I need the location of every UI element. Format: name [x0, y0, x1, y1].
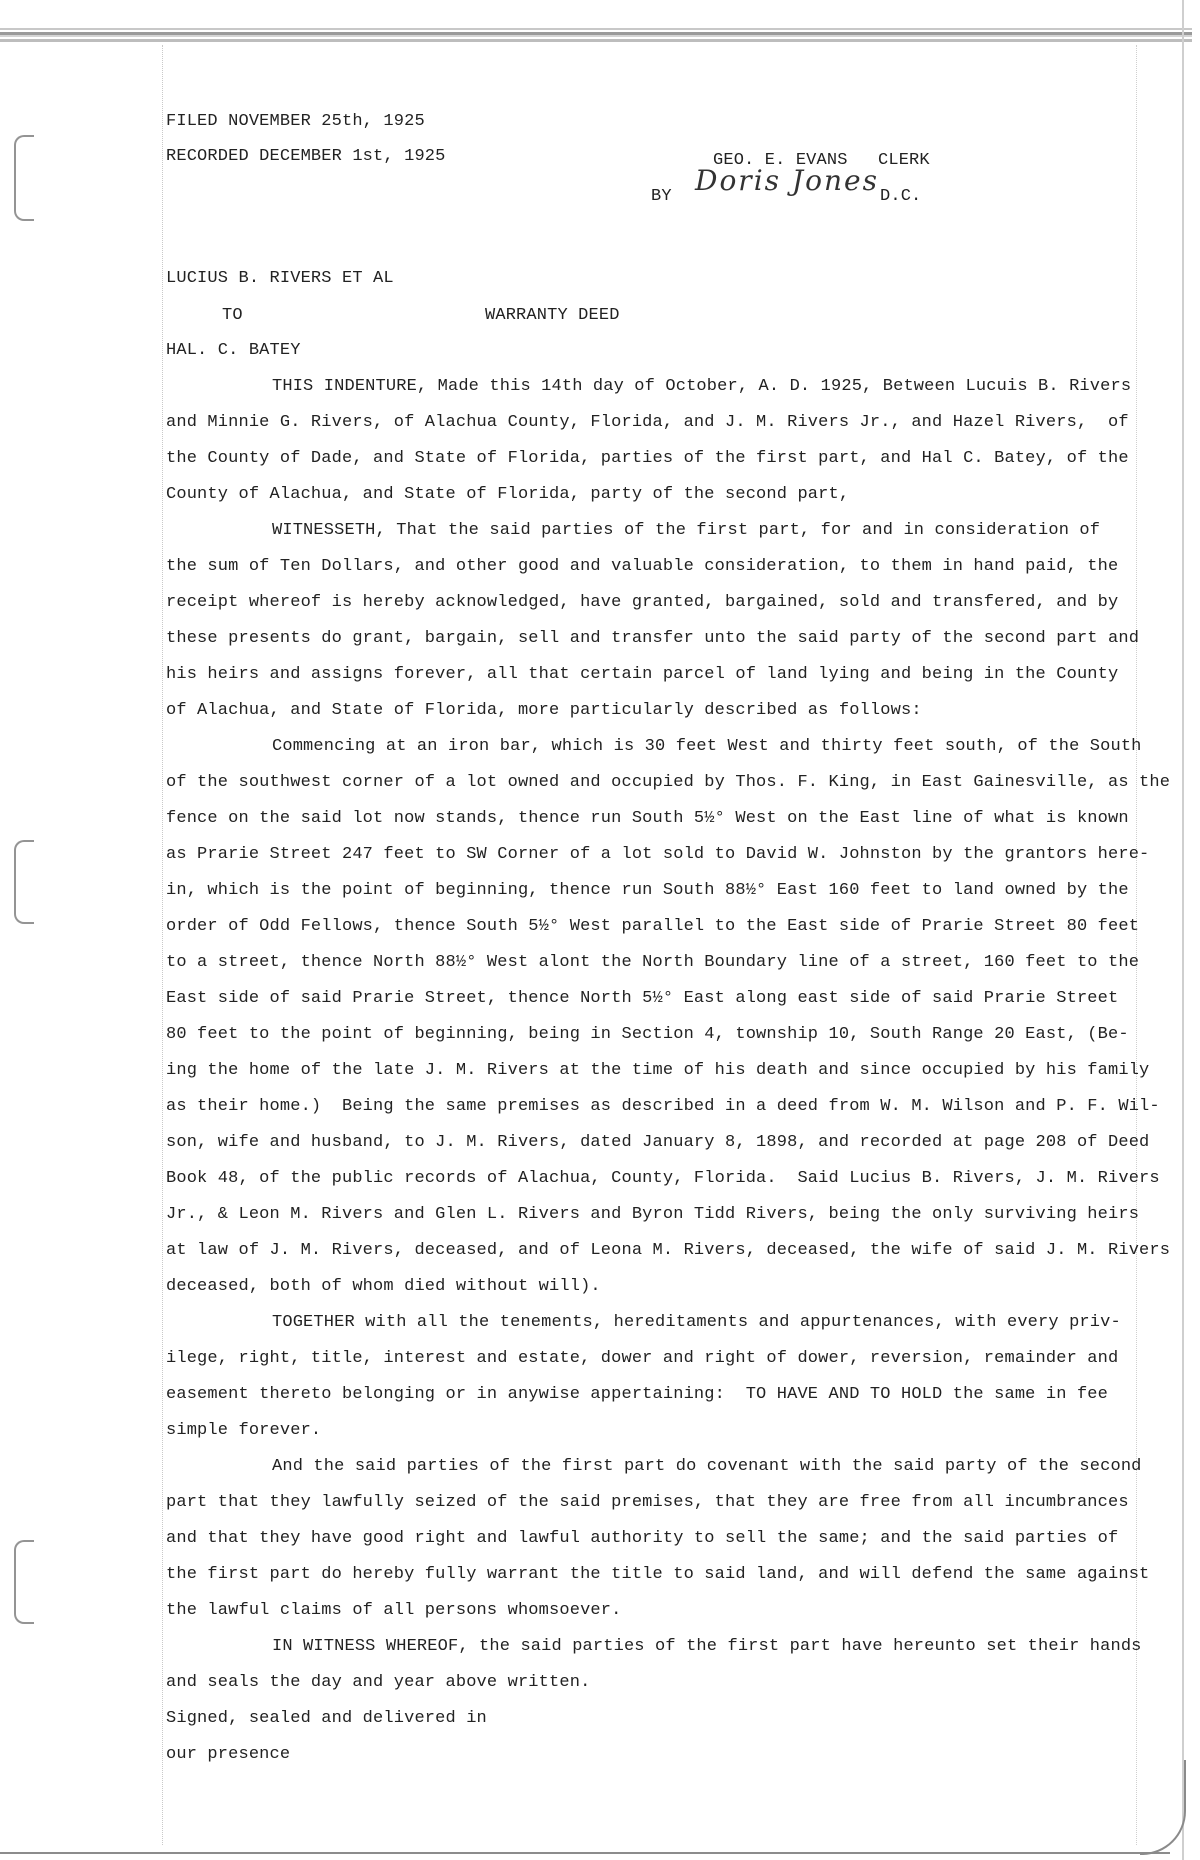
body-line: receipt whereof is hereby acknowledged, … — [166, 592, 1118, 614]
grantee-name: HAL. C. BATEY — [166, 340, 301, 362]
body-line: the first part do hereby fully warrant t… — [166, 1564, 1149, 1586]
binding-bracket-mark — [14, 135, 34, 221]
scan-bottom-rule — [0, 1852, 1170, 1854]
body-line: our presence — [166, 1744, 290, 1766]
filed-date: FILED NOVEMBER 25th, 1925 — [166, 111, 425, 133]
body-line: as their home.) Being the same premises … — [166, 1096, 1160, 1118]
by-label: BY — [651, 186, 672, 208]
body-line: and seals the day and year above written… — [166, 1672, 590, 1694]
scan-top-rule — [0, 28, 1192, 42]
body-line: ilege, right, title, interest and estate… — [166, 1348, 1118, 1370]
recorded-date: RECORDED DECEMBER 1st, 1925 — [166, 146, 446, 168]
body-line: Jr., & Leon M. Rivers and Glen L. Rivers… — [166, 1204, 1139, 1226]
body-line: THIS INDENTURE, Made this 14th day of Oc… — [272, 376, 1131, 398]
left-margin-line — [162, 45, 164, 1845]
body-line: as Prarie Street 247 feet to SW Corner o… — [166, 844, 1149, 866]
deputy-clerk-title: D.C. — [880, 186, 921, 208]
page-corner-curl — [1140, 1760, 1186, 1855]
body-line: Commencing at an iron bar, which is 30 f… — [272, 736, 1142, 758]
scan-right-edge — [1182, 0, 1184, 1860]
body-line: 80 feet to the point of beginning, being… — [166, 1024, 1129, 1046]
grantor-name: LUCIUS B. RIVERS ET AL — [166, 268, 394, 290]
body-line: the sum of Ten Dollars, and other good a… — [166, 556, 1118, 578]
body-line: East side of said Prarie Street, thence … — [166, 988, 1118, 1010]
body-line: TOGETHER with all the tenements, heredit… — [272, 1312, 1121, 1334]
body-line: IN WITNESS WHEREOF, the said parties of … — [272, 1636, 1142, 1658]
caption-to: TO — [222, 305, 243, 327]
body-line: ing the home of the late J. M. Rivers at… — [166, 1060, 1149, 1082]
binding-bracket-mark — [14, 1540, 34, 1624]
clerk-title: CLERK — [878, 150, 930, 172]
body-line: deceased, both of whom died without will… — [166, 1276, 601, 1298]
body-line: in, which is the point of beginning, the… — [166, 880, 1129, 902]
body-line: and that they have good right and lawful… — [166, 1528, 1118, 1550]
binding-bracket-mark — [14, 840, 34, 924]
body-line: to a street, thence North 88½° West alon… — [166, 952, 1139, 974]
body-line: the lawful claims of all persons whomsoe… — [166, 1600, 621, 1622]
body-line: WITNESSETH, That the said parties of the… — [272, 520, 1100, 542]
body-line: simple forever. — [166, 1420, 321, 1442]
body-line: Signed, sealed and delivered in — [166, 1708, 487, 1730]
body-line: County of Alachua, and State of Florida,… — [166, 484, 849, 506]
body-line: at law of J. M. Rivers, deceased, and of… — [166, 1240, 1170, 1262]
body-line: easement thereto belonging or in anywise… — [166, 1384, 1108, 1406]
body-line: of Alachua, and State of Florida, more p… — [166, 700, 922, 722]
document-type-title: WARRANTY DEED — [485, 305, 620, 327]
body-line: son, wife and husband, to J. M. Rivers, … — [166, 1132, 1149, 1154]
body-line: fence on the said lot now stands, thence… — [166, 808, 1129, 830]
body-line: the County of Dade, and State of Florida… — [166, 448, 1129, 470]
deputy-signature: Doris Jones — [695, 170, 879, 192]
body-line: these presents do grant, bargain, sell a… — [166, 628, 1139, 650]
body-line: and Minnie G. Rivers, of Alachua County,… — [166, 412, 1129, 434]
body-line: And the said parties of the first part d… — [272, 1456, 1142, 1478]
body-line: of the southwest corner of a lot owned a… — [166, 772, 1170, 794]
body-line: his heirs and assigns forever, all that … — [166, 664, 1118, 686]
body-line: Book 48, of the public records of Alachu… — [166, 1168, 1160, 1190]
body-line: part that they lawfully seized of the sa… — [166, 1492, 1129, 1514]
body-line: order of Odd Fellows, thence South 5½° W… — [166, 916, 1139, 938]
